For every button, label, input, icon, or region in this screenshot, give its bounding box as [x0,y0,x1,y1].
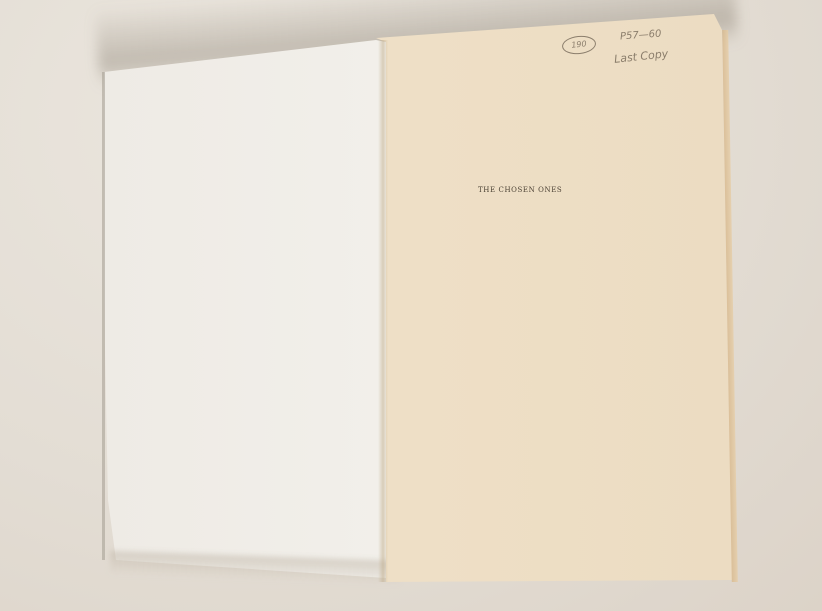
book-gutter [378,40,388,582]
open-book: THE CHOSEN ONES 190 P57—60 Last Copy [0,0,822,611]
half-title-text: THE CHOSEN ONES [478,186,568,194]
left-page-edge [102,72,105,560]
